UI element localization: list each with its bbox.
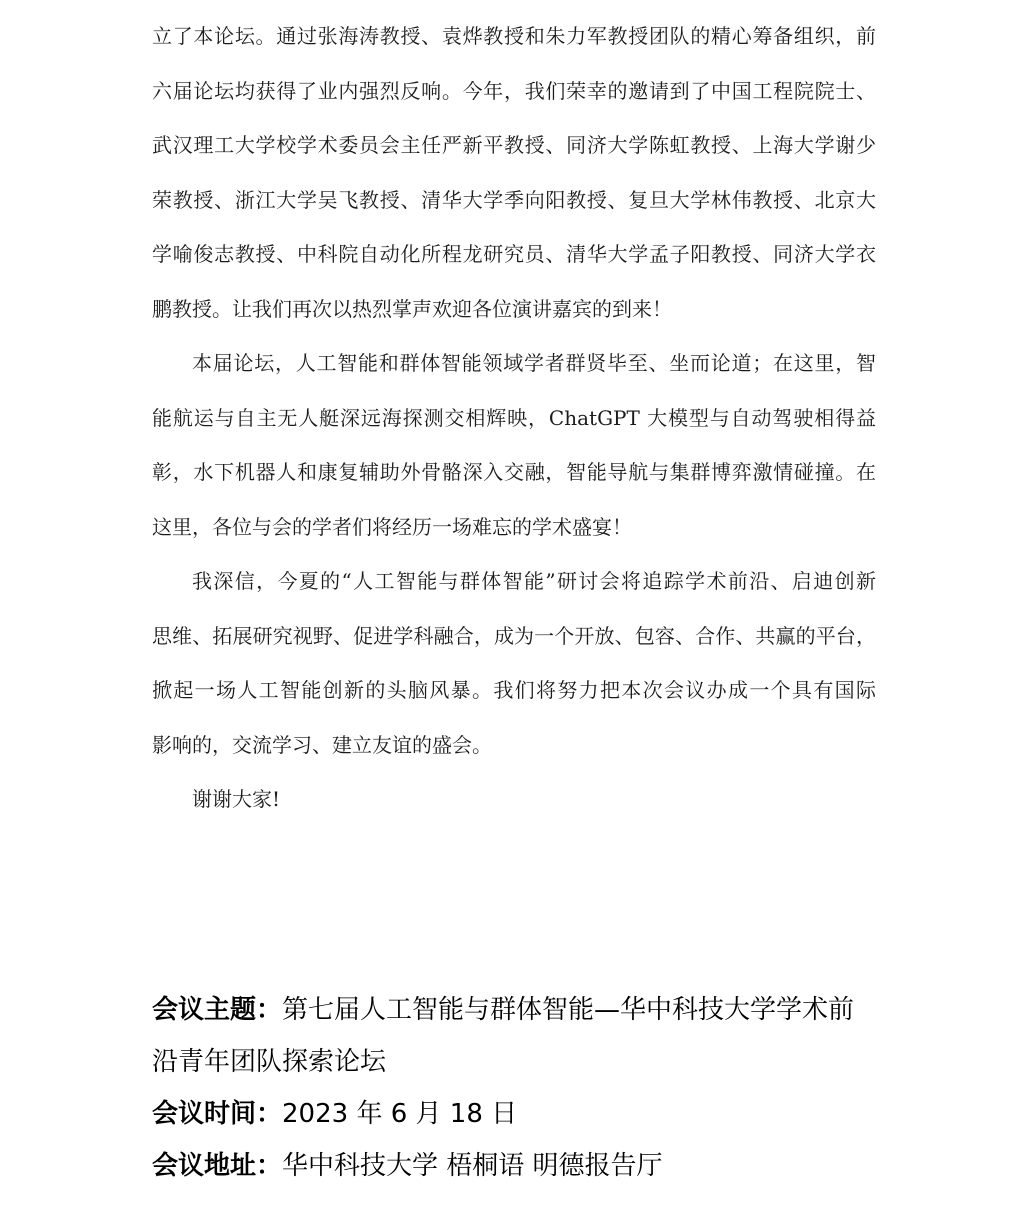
body-line: 我深信，今夏的“人工智能与群体智能”研讨会将追踪学术前沿、启迪创新 bbox=[152, 554, 876, 609]
meeting-time-row: 会议时间：2023 年 6 月 18 日 bbox=[152, 1088, 912, 1140]
body-line: 武汉理工大学校学术委员会主任严新平教授、同济大学陈虹教授、上海大学谢少 bbox=[152, 118, 876, 173]
document-page: 立了本论坛。通过张海涛教授、袁烨教授和朱力军教授团队的精心筹备组织，前 六届论坛… bbox=[0, 0, 1024, 1219]
meeting-time-value: 2023 年 6 月 18 日 bbox=[282, 1099, 517, 1129]
closing-thanks-line: 谢谢大家! bbox=[152, 772, 876, 827]
body-line: 思维、拓展研究视野、促进学科融合，成为一个开放、包容、合作、共赢的平台， bbox=[152, 609, 876, 664]
meeting-venue-value: 华中科技大学 梧桐语 明德报告厅 bbox=[282, 1151, 663, 1181]
body-line: 彰，水下机器人和康复辅助外骨骼深入交融，智能导航与集群博弈激情碰撞。在 bbox=[152, 445, 876, 500]
meeting-info-block: 会议主题：第七届人工智能与群体智能—华中科技大学学术前 沿青年团队探索论坛 会议… bbox=[152, 984, 912, 1192]
body-line: 影响的，交流学习、建立友谊的盛会。 bbox=[152, 718, 876, 773]
meeting-theme-label: 会议主题： bbox=[152, 995, 282, 1025]
body-line: 学喻俊志教授、中科院自动化所程龙研究员、清华大学孟子阳教授、同济大学衣 bbox=[152, 227, 876, 282]
body-line: 能航运与自主无人艇深远海探测交相辉映，ChatGPT 大模型与自动驾驶相得益 bbox=[152, 391, 876, 446]
meeting-theme-row: 会议主题：第七届人工智能与群体智能—华中科技大学学术前 bbox=[152, 984, 912, 1036]
meeting-theme-value-line2: 沿青年团队探索论坛 bbox=[152, 1047, 386, 1077]
body-line: 鹏教授。让我们再次以热烈掌声欢迎各位演讲嘉宾的到来！ bbox=[152, 282, 876, 337]
meeting-theme-value-line1: 第七届人工智能与群体智能—华中科技大学学术前 bbox=[282, 995, 854, 1025]
meeting-theme-row-continued: 沿青年团队探索论坛 bbox=[152, 1036, 912, 1088]
body-line: 这里，各位与会的学者们将经历一场难忘的学术盛宴！ bbox=[152, 500, 876, 555]
body-line: 荣教授、浙江大学吴飞教授、清华大学季向阳教授、复旦大学林伟教授、北京大 bbox=[152, 173, 876, 228]
body-line: 本届论坛，人工智能和群体智能领域学者群贤毕至、坐而论道；在这里，智 bbox=[152, 336, 876, 391]
body-line: 掀起一场人工智能创新的头脑风暴。我们将努力把本次会议办成一个具有国际 bbox=[152, 663, 876, 718]
body-line: 六届论坛均获得了业内强烈反响。今年，我们荣幸的邀请到了中国工程院院士、 bbox=[152, 64, 876, 119]
meeting-time-label: 会议时间： bbox=[152, 1099, 282, 1129]
meeting-venue-label: 会议地址： bbox=[152, 1151, 282, 1181]
body-line: 立了本论坛。通过张海涛教授、袁烨教授和朱力军教授团队的精心筹备组织，前 bbox=[152, 9, 876, 64]
meeting-venue-row: 会议地址：华中科技大学 梧桐语 明德报告厅 bbox=[152, 1140, 912, 1192]
speech-body: 立了本论坛。通过张海涛教授、袁烨教授和朱力军教授团队的精心筹备组织，前 六届论坛… bbox=[152, 9, 876, 827]
